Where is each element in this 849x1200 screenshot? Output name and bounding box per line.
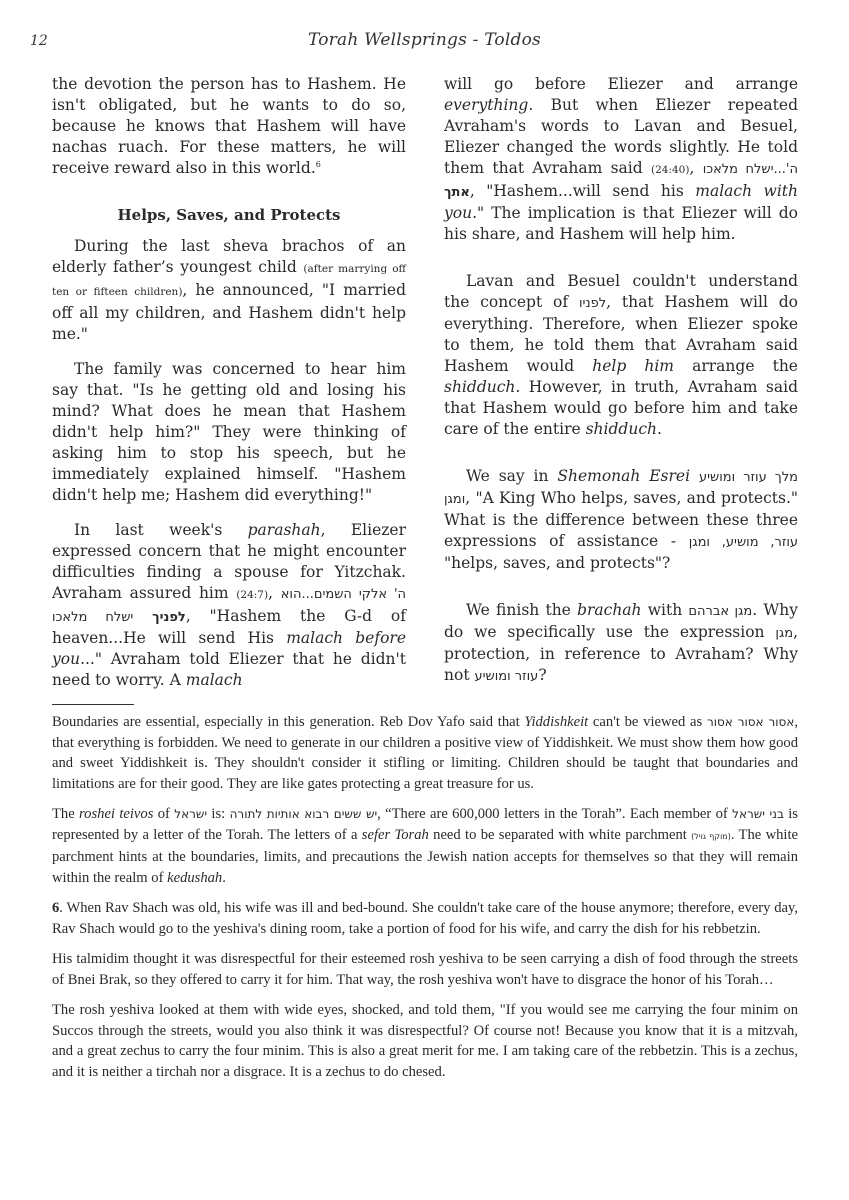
paragraph-family-concern: The family was concerned to hear him say… — [52, 359, 406, 506]
footnote-separator — [52, 704, 134, 705]
hebrew-quote: עוזר, מושיע, ומגן — [689, 535, 798, 550]
hebrew-phrase: יש ששים רבוא אותיות לתורה — [230, 807, 378, 821]
paragraph-lavan-besuel: Lavan and Besuel couldn't understand the… — [444, 271, 798, 440]
hebrew-quote-bold: לפניך — [152, 610, 186, 625]
running-title: Torah Wellsprings - Toldos — [0, 30, 849, 50]
paragraph-devotion: the devotion the person has to Hashem. H… — [52, 74, 406, 179]
footnote-6: 6. When Rav Shach was old, his wife was … — [52, 898, 798, 939]
hebrew-word: עוזר ומושיע — [474, 669, 538, 684]
paragraph-sheva-brachos: During the last sheva brachos of an elde… — [52, 236, 406, 345]
section-heading: Helps, Saves, and Protects — [52, 205, 406, 226]
footnotes: Boundaries are essential, especially in … — [52, 712, 798, 1092]
footnote-boundaries: Boundaries are essential, especially in … — [52, 712, 798, 794]
verse-reference: (24:7) — [236, 589, 268, 601]
right-column: will go before Eliezer and arrange every… — [444, 74, 798, 701]
hebrew-quote-bold: אתך — [444, 185, 470, 200]
hebrew-word: לפניו — [579, 296, 606, 311]
left-column: the devotion the person has to Hashem. H… — [52, 74, 406, 705]
hebrew-quote: מגן אברהם — [688, 604, 752, 619]
hebrew-parenthetical: (מוקף גויל) — [691, 832, 731, 841]
hebrew-phrase: בני ישראל — [732, 807, 784, 821]
verse-reference: (24:40) — [651, 164, 689, 176]
footnote-ref-6[interactable]: 6 — [316, 160, 321, 169]
hebrew-word: ישראל — [174, 807, 207, 821]
hebrew-phrase: אסור אסור אסור — [707, 715, 794, 729]
footnote-6-paragraph-2: His talmidim thought it was disrespectfu… — [52, 949, 798, 990]
paragraph-malach-with-you: will go before Eliezer and arrange every… — [444, 74, 798, 245]
footnote-roshei-teivos: The roshei teivos of ישראל is: יש ששים ר… — [52, 804, 798, 888]
paragraph-eliezer: In last week's parashah, Eliezer express… — [52, 520, 406, 691]
paragraph-shemonah-esrei: We say in Shemonah Esrei מלך עוזר ומושיע… — [444, 466, 798, 574]
hebrew-word: מגן — [775, 626, 793, 641]
hebrew-quote: ה'...ישלח מלאכו — [703, 162, 798, 177]
book-page: 12 Torah Wellsprings - Toldos the devoti… — [0, 0, 849, 1200]
paragraph-magen-avraham: We finish the brachah with מגן אברהם. Wh… — [444, 600, 798, 687]
footnote-6-paragraph-3: The rosh yeshiva looked at them with wid… — [52, 1000, 798, 1082]
